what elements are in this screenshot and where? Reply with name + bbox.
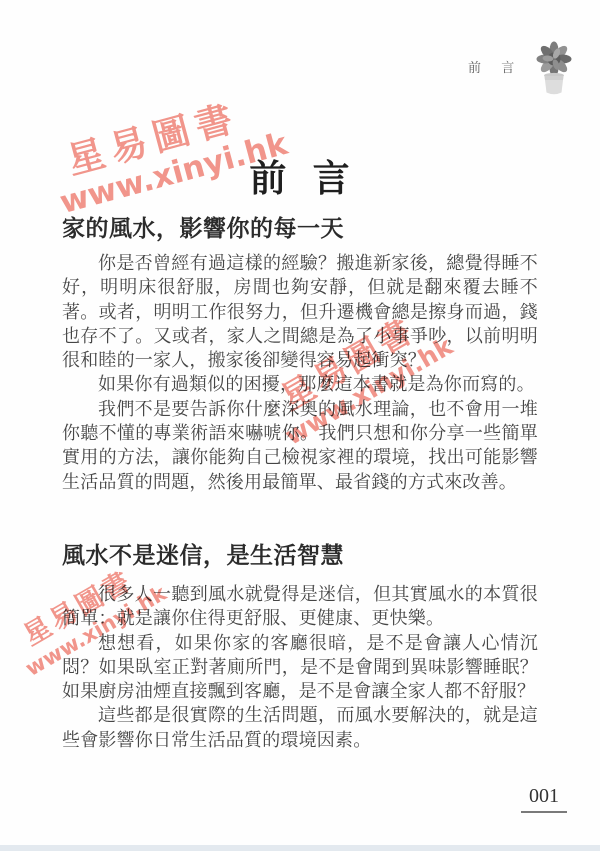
section-heading-1: 家的風水，影響你的每一天 bbox=[62, 214, 538, 242]
potted-plant-icon bbox=[531, 40, 578, 101]
potted-plant-graphic bbox=[531, 40, 578, 96]
section-heading-2: 風水不是迷信，是生活智慧 bbox=[62, 541, 538, 569]
content-column: 家的風水，影響你的每一天 你是否曾經有過這樣的經驗？搬進新家後，總覺得睡不好，明… bbox=[62, 214, 538, 752]
paragraph: 想想看，如果你家的客廳很暗，是不是會讓人心情沉悶？如果臥室正對著廁所門，是不是會… bbox=[62, 631, 538, 704]
running-header: 前 言 bbox=[468, 57, 516, 76]
paragraph: 這些都是很實際的生活問題，而風水要解決的，就是這些會影響你日常生活品質的環境因素… bbox=[62, 703, 538, 752]
paragraph: 我們不是要告訴你什麼深奧的風水理論，也不會用一堆你聽不懂的專業術語來嚇唬你。我們… bbox=[62, 397, 538, 494]
page-title: 前 言 bbox=[0, 148, 600, 202]
paragraph: 很多人一聽到風水就覺得是迷信，但其實風水的本質很簡單：就是讓你住得更舒服、更健康… bbox=[62, 582, 538, 631]
paragraph: 如果你有過類似的困擾，那麼這本書就是為你而寫的。 bbox=[62, 372, 538, 396]
book-page: 前 言 前 言 家的風水，影響你的每一天 你是否曾經有過這樣的經驗？搬進新家後，… bbox=[0, 0, 600, 851]
page-number: 001 bbox=[521, 785, 567, 813]
scan-edge-strip bbox=[0, 845, 600, 851]
paragraph: 你是否曾經有過這樣的經驗？搬進新家後，總覺得睡不好，明明床很舒服，房間也夠安靜，… bbox=[62, 251, 538, 372]
